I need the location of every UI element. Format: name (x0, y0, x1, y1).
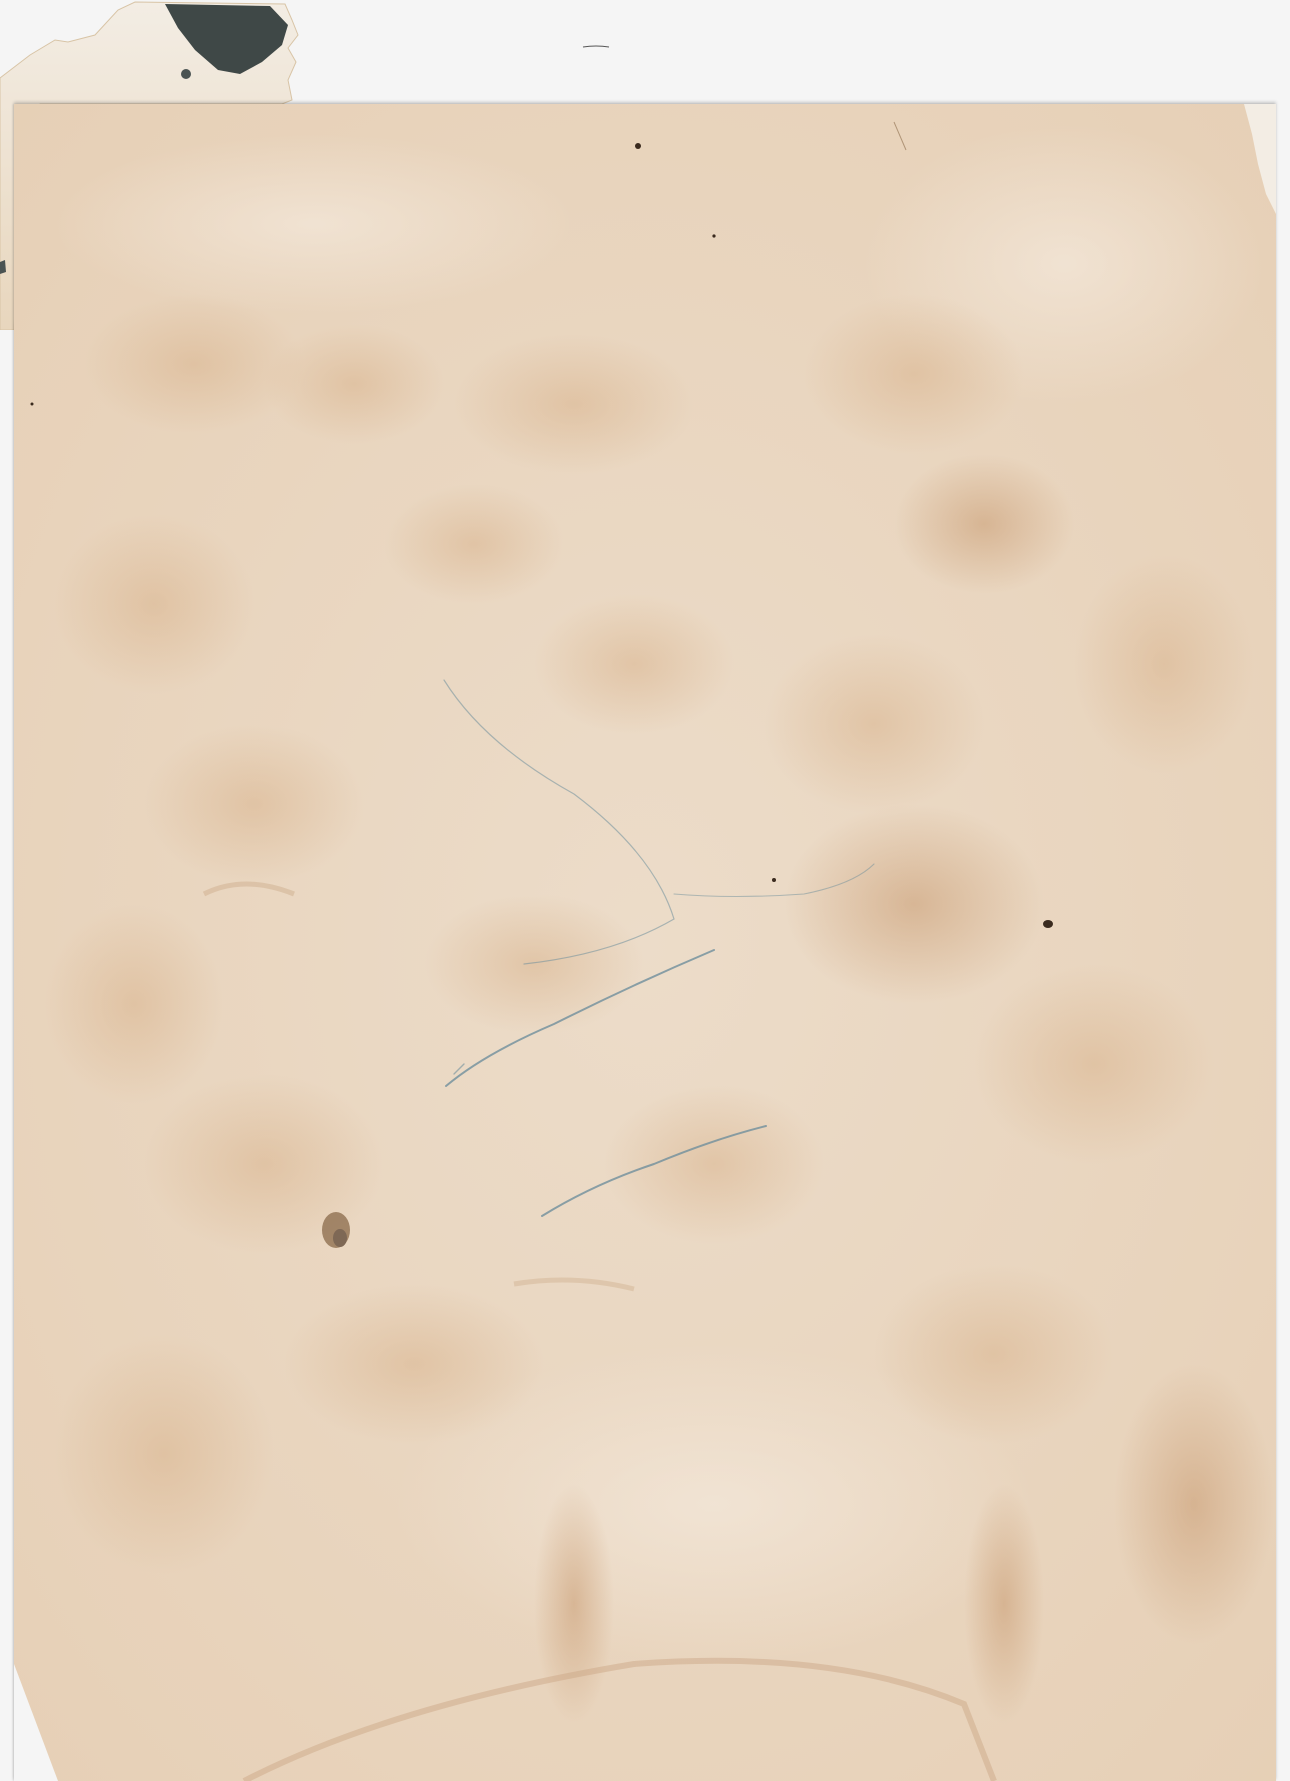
aged-paper-card (14, 104, 1276, 1781)
scan-artifact-line (582, 35, 610, 38)
brown-smudge (322, 1212, 350, 1248)
scanned-card-scene (0, 0, 1290, 1781)
